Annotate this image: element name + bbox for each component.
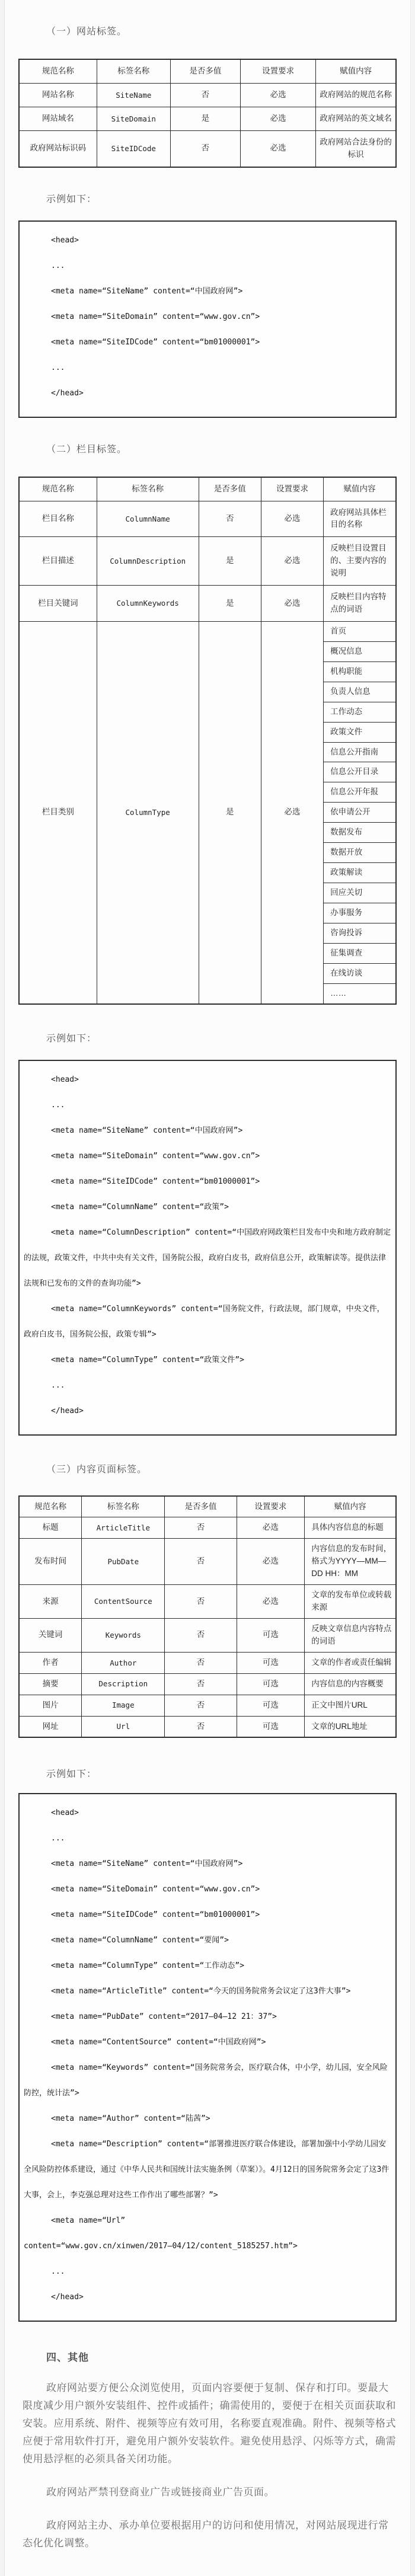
table-cell: 必选 — [240, 130, 315, 167]
table-cell: ColumnName — [97, 501, 199, 537]
column-type-value-cell: 政策文件 — [324, 722, 396, 742]
table-cell: 栏目名称 — [19, 501, 97, 537]
code-line: <meta name=“SiteIDCode” content=“bm01000… — [24, 330, 391, 355]
code-line: ... — [24, 1373, 391, 1398]
column-header: 设置要求 — [237, 1496, 305, 1517]
column-type-value-cell: 信息公开年报 — [324, 782, 396, 803]
table-cell: ColumnType — [97, 621, 199, 1003]
table-cell: 否 — [165, 1618, 237, 1652]
table-cell: 必选 — [261, 621, 323, 1003]
table-cell: PubDate — [82, 1539, 165, 1585]
column-header: 是否多值 — [170, 59, 240, 83]
table-cell: 来源 — [19, 1585, 82, 1619]
code-line: </head> — [24, 2284, 391, 2310]
code-line: <meta name=“PubDate” content=“2017—04—12… — [24, 2004, 391, 2030]
table-cell: 政府网站标识码 — [19, 130, 97, 167]
table-cell: SiteName — [97, 83, 170, 107]
column-header: 赋值内容 — [316, 59, 396, 83]
table-cell: 政府网站具体栏目的名称 — [324, 501, 396, 537]
section-heading-other: 四、其他 — [23, 2349, 397, 2364]
code-line: </head> — [24, 381, 391, 406]
table-cell: 具体内容信息的标题 — [305, 1517, 396, 1539]
table-cell: SiteDomain — [97, 107, 170, 130]
table-cell: 否 — [170, 130, 240, 167]
table-cell: ArticleTitle — [82, 1517, 165, 1539]
code-line: <meta name=“Keywords” content=“国务院常务会，医疗… — [24, 2055, 391, 2106]
table-row: 网站域名SiteDomain是必选政府网站的英文域名 — [19, 107, 396, 130]
table-cell: 可选 — [237, 1652, 305, 1673]
code-line: <meta name=“SiteName” content=“中国政府网”> — [24, 1118, 391, 1143]
table-header-row: 规范名称标签名称是否多值设置要求赋值内容 — [19, 1496, 396, 1517]
code-line: ... — [24, 2259, 391, 2284]
table-cell: 图片 — [19, 1695, 82, 1716]
table-cell: 可选 — [237, 1618, 305, 1652]
column-header: 规范名称 — [19, 477, 97, 501]
table-cell: 是 — [199, 621, 261, 1003]
table-row: 网站名称SiteName否必选政府网站的规范名称 — [19, 83, 396, 107]
table-cell: 作者 — [19, 1652, 82, 1673]
code-line: <meta name=“ColumnName” content=“政策”> — [24, 1194, 391, 1220]
table-cell: 必选 — [240, 107, 315, 130]
section-heading-column-tags: （二）栏目标签。 — [23, 442, 397, 455]
table-cell: 否 — [165, 1673, 237, 1695]
table-row: 栏目描述ColumnDescription是必选反映栏目设置目的、主要内容的说明 — [19, 537, 396, 586]
section-heading-content-tags: （三）内容页面标签。 — [23, 1462, 397, 1475]
code-line: <meta name=“SiteName” content=“中国政府网”> — [24, 1851, 391, 1877]
table-cell: 否 — [165, 1539, 237, 1585]
column-header: 设置要求 — [240, 59, 315, 83]
column-header: 赋值内容 — [324, 477, 396, 501]
table-cell: Image — [82, 1695, 165, 1716]
code-line: <meta name=“SiteDomain” content=“www.gov… — [24, 1877, 391, 1902]
table-row: 政府网站标识码SiteIDCode否必选政府网站合法身份的标识 — [19, 130, 396, 167]
code-line: <meta name=“SiteName” content=“中国政府网”> — [24, 279, 391, 304]
table-cell: 反映栏目设置目的、主要内容的说明 — [324, 537, 396, 586]
table-cell: 政府网站合法身份的标识 — [316, 130, 396, 167]
column-tags-code-example: <head>...<meta name=“SiteName” content=“… — [18, 1060, 397, 1436]
table-cell: 文章的发布单位或转载来源 — [305, 1585, 396, 1619]
section-heading-site-tags: （一）网站标签。 — [23, 24, 397, 37]
column-type-value-cell: 咨询投诉 — [324, 923, 396, 943]
column-type-value-cell: 回应关切 — [324, 883, 396, 903]
code-line: <meta name=“SiteDomain” content=“www.gov… — [24, 1143, 391, 1169]
column-header: 是否多值 — [165, 1496, 237, 1517]
table-cell: 必选 — [237, 1517, 305, 1539]
document-content: （一）网站标签。 规范名称标签名称是否多值设置要求赋值内容网站名称SiteNam… — [5, 24, 410, 2576]
table-cell: 必选 — [237, 1539, 305, 1585]
site-tags-code-example: <head>...<meta name=“SiteName” content=“… — [18, 220, 397, 418]
table-cell: 栏目描述 — [19, 537, 97, 586]
column-type-value-cell: 工作动态 — [324, 702, 396, 722]
column-type-value-cell: …… — [324, 983, 396, 1003]
table-row: 发布时间PubDate否必选内容信息的发布时间，格式为YYYY—MM—DD HH… — [19, 1539, 396, 1585]
table-cell: 关键词 — [19, 1618, 82, 1652]
column-header: 标签名称 — [97, 59, 170, 83]
code-line: <meta name=“ColumnKeywords” content=“国务院… — [24, 1296, 391, 1347]
table-cell: 否 — [165, 1652, 237, 1673]
column-type-value-cell: 在线访谈 — [324, 963, 396, 983]
table-row: 作者Author否可选文章的作者或责任编辑 — [19, 1652, 396, 1673]
content-tags-code-example: <head>...<meta name=“SiteName” content=“… — [18, 1793, 397, 2322]
column-type-value-cell: 依申请公开 — [324, 803, 396, 823]
code-line: <meta name=“ArticleTitle” content=“今天的国务… — [24, 1979, 391, 2004]
column-type-value-cell: 信息公开指南 — [324, 742, 396, 762]
code-line: <meta name=“SiteIDCode” content=“bm01000… — [24, 1902, 391, 1928]
code-line: ... — [24, 355, 391, 381]
table-row: 标题ArticleTitle否必选具体内容信息的标题 — [19, 1517, 396, 1539]
table-cell: 否 — [165, 1695, 237, 1716]
code-line: <meta name=“Description” content=“部署推进医疗… — [24, 2131, 391, 2208]
table-cell: Description — [82, 1673, 165, 1695]
code-line: <meta name=“SiteDomain” content=“www.gov… — [24, 304, 391, 330]
example-label: 示例如下： — [23, 1766, 397, 1780]
column-type-value-cell: 负责人信息 — [324, 682, 396, 702]
table-row: 网址Url否可选文章的URL地址 — [19, 1716, 396, 1737]
column-type-value-cell: 征集调查 — [324, 943, 396, 963]
table-cell: ContentSource — [82, 1585, 165, 1619]
column-header: 设置要求 — [261, 477, 323, 501]
code-line: </head> — [24, 1398, 391, 1424]
table-cell: Author — [82, 1652, 165, 1673]
table-cell: 文章的作者或责任编辑 — [305, 1652, 396, 1673]
code-line: <head> — [24, 228, 391, 253]
code-line: <meta name=“Url” — [24, 2208, 391, 2233]
table-row: 摘要Description否可选内容信息的内容概要 — [19, 1673, 396, 1695]
table-cell: Url — [82, 1716, 165, 1737]
table-cell: 是 — [170, 107, 240, 130]
table-cell: 否 — [165, 1585, 237, 1619]
table-cell: 反映文章信息内容特点的词语 — [305, 1618, 396, 1652]
column-type-value-cell: 数据开放 — [324, 843, 396, 863]
code-line: ... — [24, 1092, 391, 1118]
example-label: 示例如下： — [23, 191, 397, 205]
table-cell: 网址 — [19, 1716, 82, 1737]
table-row: 栏目类别ColumnType是必选首页 — [19, 621, 396, 641]
table-cell: 网站名称 — [19, 83, 97, 107]
table-row: 来源ContentSource否必选文章的发布单位或转载来源 — [19, 1585, 396, 1619]
column-type-value-cell: 概况信息 — [324, 641, 396, 661]
code-line: <meta name=“Author” content=“陆茜”> — [24, 2106, 391, 2131]
table-cell: 政府网站的英文域名 — [316, 107, 396, 130]
table-cell: 必选 — [261, 586, 323, 622]
table-cell: 正文中图片URL — [305, 1695, 396, 1716]
table-row: 关键词Keywords否可选反映文章信息内容特点的词语 — [19, 1618, 396, 1652]
table-row: 图片Image否可选正文中图片URL — [19, 1695, 396, 1716]
column-header: 赋值内容 — [305, 1496, 396, 1517]
table-cell: 摘要 — [19, 1673, 82, 1695]
table-cell: ColumnKeywords — [97, 586, 199, 622]
table-cell: 内容信息的发布时间，格式为YYYY—MM—DD HH：MM — [305, 1539, 396, 1585]
table-cell: ColumnDescription — [97, 537, 199, 586]
table-cell: 可选 — [237, 1716, 305, 1737]
table-cell: 栏目关键词 — [19, 586, 97, 622]
code-line: <meta name=“ColumnName” content=“要闻”> — [24, 1928, 391, 1953]
table-cell: 文章的URL地址 — [305, 1716, 396, 1737]
table-cell: Keywords — [82, 1618, 165, 1652]
column-type-value-cell: 数据发布 — [324, 823, 396, 843]
table-cell: 必选 — [237, 1585, 305, 1619]
column-type-value-cell: 政策解读 — [324, 863, 396, 883]
other-paragraph: 政府网站要方便公众浏览使用，页面内容要便于复制、保存和打印。要最大限度减少用户额… — [23, 2379, 397, 2468]
table-cell: 网站域名 — [19, 107, 97, 130]
table-row: 栏目名称ColumnName否必选政府网站具体栏目的名称 — [19, 501, 396, 537]
column-header: 标签名称 — [97, 477, 199, 501]
table-header-row: 规范名称标签名称是否多值设置要求赋值内容 — [19, 477, 396, 501]
table-cell: 是 — [199, 586, 261, 622]
table-cell: 否 — [170, 83, 240, 107]
code-line: <head> — [24, 1800, 391, 1826]
table-cell: 发布时间 — [19, 1539, 82, 1585]
column-tags-table: 规范名称标签名称是否多值设置要求赋值内容栏目名称ColumnName否必选政府网… — [18, 477, 397, 1005]
table-row: 栏目关键词ColumnKeywords是必选反映栏目内容特点的词语 — [19, 586, 396, 622]
table-cell: 必选 — [261, 537, 323, 586]
table-cell: 否 — [165, 1517, 237, 1539]
other-paragraph: 政府网站严禁刊登商业广告或链接商业广告页面。 — [23, 2484, 397, 2501]
column-type-value-cell: 首页 — [324, 621, 396, 641]
table-cell: 栏目类别 — [19, 621, 97, 1003]
code-line: <meta name=“SiteIDCode” content=“bm01000… — [24, 1169, 391, 1194]
code-line: <meta name=“ColumnType” content=“政策文件”> — [24, 1347, 391, 1373]
example-label: 示例如下： — [23, 1031, 397, 1044]
table-cell: 政府网站的规范名称 — [316, 83, 396, 107]
table-cell: 可选 — [237, 1695, 305, 1716]
code-line: content=“www.gov.cn/xinwen/2017—04/12/co… — [24, 2233, 391, 2259]
table-cell: 是 — [199, 537, 261, 586]
table-cell: 否 — [165, 1716, 237, 1737]
code-line: ... — [24, 1826, 391, 1851]
other-paragraph: 政府网站主办、承办单位要根据用户的访问和使用情况，对网站展现进行常态化优化调整。 — [23, 2517, 397, 2552]
table-cell: 必选 — [240, 83, 315, 107]
code-line: ... — [24, 253, 391, 279]
table-cell: 标题 — [19, 1517, 82, 1539]
table-cell: SiteIDCode — [97, 130, 170, 167]
column-header: 规范名称 — [19, 1496, 82, 1517]
site-tags-table: 规范名称标签名称是否多值设置要求赋值内容网站名称SiteName否必选政府网站的… — [18, 59, 397, 168]
code-line: <meta name=“ContentSource” content=“中国政府… — [24, 2030, 391, 2055]
column-type-value-cell: 信息公开目录 — [324, 762, 396, 782]
code-line: <meta name=“ColumnType” content=“工作动态”> — [24, 1953, 391, 1979]
column-header: 标签名称 — [82, 1496, 165, 1517]
table-cell: 否 — [199, 501, 261, 537]
column-type-value-cell: 办事服务 — [324, 903, 396, 923]
content-tags-table: 规范名称标签名称是否多值设置要求赋值内容标题ArticleTitle否必选具体内… — [18, 1495, 397, 1738]
table-cell: 反映栏目内容特点的词语 — [324, 586, 396, 622]
table-cell: 可选 — [237, 1673, 305, 1695]
column-header: 规范名称 — [19, 59, 97, 83]
table-cell: 必选 — [261, 501, 323, 537]
code-line: <meta name=“ColumnDescription” content=“… — [24, 1220, 391, 1296]
code-line: <head> — [24, 1067, 391, 1092]
table-cell: 内容信息的内容概要 — [305, 1673, 396, 1695]
table-header-row: 规范名称标签名称是否多值设置要求赋值内容 — [19, 59, 396, 83]
document-page: （一）网站标签。 规范名称标签名称是否多值设置要求赋值内容网站名称SiteNam… — [4, 0, 411, 2576]
column-header: 是否多值 — [199, 477, 261, 501]
column-type-value-cell: 机构职能 — [324, 661, 396, 682]
